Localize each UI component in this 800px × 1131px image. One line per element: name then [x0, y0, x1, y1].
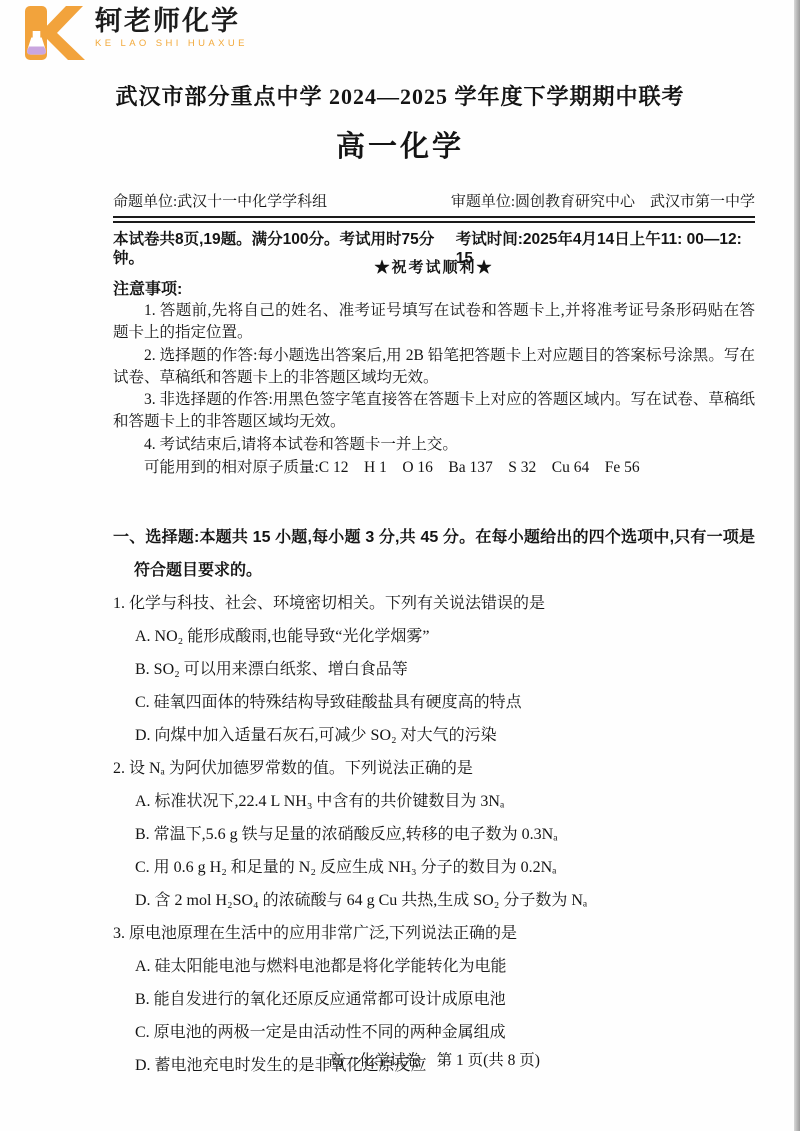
- meta-row-units: 命题单位:武汉十一中化学学科组 审题单位:圆创教育研究中心 武汉市第一中学: [113, 193, 755, 211]
- reviewer-unit: 审题单位:圆创教育研究中心 武汉市第一中学: [451, 193, 755, 211]
- question-1-option-d: D. 向煤中加入适量石灰石,可减少 SO₂ 对大气的污染: [113, 719, 755, 752]
- question-2: 2. 设 Nₐ 为阿伏加德罗常数的值。下列说法正确的是 A. 标准状况下,22.…: [113, 752, 755, 917]
- brand-name-pinyin: KE LAO SHI HUAXUE: [95, 38, 248, 49]
- subject-title: 高一化学: [0, 124, 800, 165]
- question-1-option-c: C. 硅氧四面体的特殊结构导致硅酸盐具有硬度高的特点: [113, 686, 755, 719]
- atomic-masses-line: 可能用到的相对原子质量:C 12 H 1 O 16 Ba 137 S 32 Cu…: [113, 457, 755, 479]
- exam-paper-page: 轲老师化学 KE LAO SHI HUAXUE 武汉市部分重点中学 2024—2…: [0, 0, 800, 1131]
- brand-name-cn: 轲老师化学: [95, 6, 248, 36]
- page-footer: 高一化学试卷 第 1 页(共 8 页): [113, 1052, 755, 1070]
- notice-item-4: 4. 考试结束后,请将本试卷和答题卡一并上交。: [113, 434, 755, 456]
- section-heading: 一、选择题:本题共 15 小题,每小题 3 分,共 45 分。在每小题给出的四个…: [113, 521, 755, 587]
- notice-item-3: 3. 非选择题的作答:用黑色签字笔直接答在答题卡上对应的答题区域内。写在试卷、草…: [113, 389, 755, 434]
- question-3-stem: 3. 原电池原理在生活中的应用非常广泛,下列说法正确的是: [113, 917, 755, 950]
- notice-heading: 注意事项:: [113, 279, 755, 300]
- question-1-option-a: A. NO₂ 能形成酸雨,也能导致“光化学烟雾”: [113, 620, 755, 653]
- brand-text: 轲老师化学 KE LAO SHI HUAXUE: [95, 6, 248, 49]
- brand-logo: 轲老师化学 KE LAO SHI HUAXUE: [25, 6, 248, 60]
- setter-unit: 命题单位:武汉十一中化学学科组: [113, 193, 327, 211]
- question-2-option-a: A. 标准状况下,22.4 L NH₃ 中含有的共价键数目为 3Nₐ: [113, 785, 755, 818]
- choice-section: 一、选择题:本题共 15 小题,每小题 3 分,共 45 分。在每小题给出的四个…: [113, 521, 755, 1082]
- question-3-option-b: B. 能自发进行的氧化还原反应通常都可设计成原电池: [113, 983, 755, 1016]
- question-3-option-a: A. 硅太阳能电池与燃料电池都是将化学能转化为电能: [113, 950, 755, 983]
- k-flask-icon: [25, 6, 87, 60]
- exam-title: 武汉市部分重点中学 2024—2025 学年度下学期期中联考: [0, 80, 800, 111]
- notice-block: 注意事项: 1. 答题前,先将自己的姓名、准考证号填写在试卷和答题卡上,并将准考…: [113, 279, 755, 479]
- question-2-option-b: B. 常温下,5.6 g 铁与足量的浓硝酸反应,转移的电子数为 0.3Nₐ: [113, 818, 755, 851]
- double-rule-divider: [113, 216, 755, 223]
- question-2-option-c: C. 用 0.6 g H₂ 和足量的 N₂ 反应生成 NH₃ 分子的数目为 0.…: [113, 851, 755, 884]
- scan-edge-artifact: [794, 0, 800, 1131]
- question-3-option-c: C. 原电池的两极一定是由活动性不同的两种金属组成: [113, 1016, 755, 1049]
- notice-item-1: 1. 答题前,先将自己的姓名、准考证号填写在试卷和答题卡上,并将准考证号条形码贴…: [113, 300, 755, 345]
- question-1: 1. 化学与科技、社会、环境密切相关。下列有关说法错误的是 A. NO₂ 能形成…: [113, 587, 755, 752]
- notice-item-2: 2. 选择题的作答:每小题选出答案后,用 2B 铅笔把答题卡上对应题目的答案标号…: [113, 345, 755, 390]
- question-2-stem: 2. 设 Nₐ 为阿伏加德罗常数的值。下列说法正确的是: [113, 752, 755, 785]
- question-1-stem: 1. 化学与科技、社会、环境密切相关。下列有关说法错误的是: [113, 587, 755, 620]
- question-1-option-b: B. SO₂ 可以用来漂白纸浆、增白食品等: [113, 653, 755, 686]
- exam-wish: ★祝考试顺利★: [113, 256, 755, 277]
- question-2-option-d: D. 含 2 mol H₂SO₄ 的浓硫酸与 64 g Cu 共热,生成 SO₂…: [113, 884, 755, 917]
